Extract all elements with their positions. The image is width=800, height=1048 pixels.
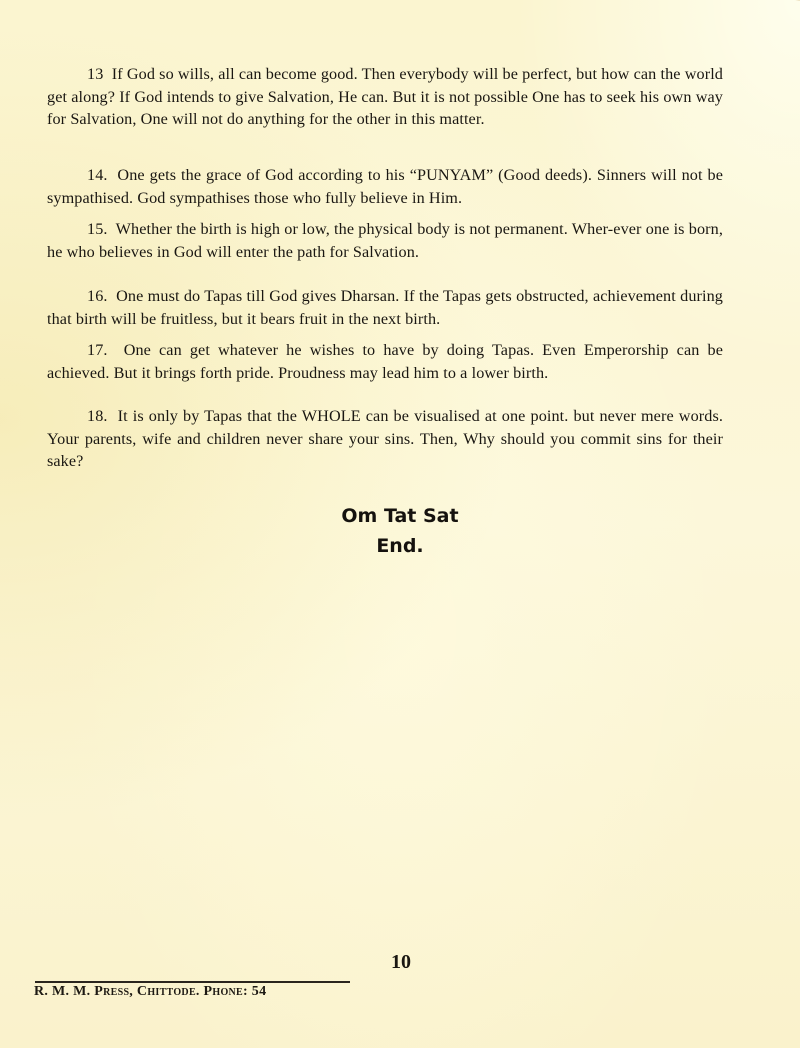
paragraph-item-16: 16. One must do Tapas till God gives Dha… <box>47 285 723 330</box>
item-number: 16. <box>87 287 108 305</box>
item-text: One can get whatever he wishes to have b… <box>47 341 723 382</box>
closing-invocation: Om Tat Sat <box>0 505 800 527</box>
item-number: 17. <box>87 341 108 359</box>
paragraph-item-15: 15. Whether the birth is high or low, th… <box>47 218 723 263</box>
page-number: 10 <box>391 951 411 974</box>
paragraph-item-18: 18. It is only by Tapas that the WHOLE c… <box>47 405 723 473</box>
item-text: One must do Tapas till God gives Dharsan… <box>47 287 723 328</box>
item-number: 15. <box>87 220 108 238</box>
imprint-divider <box>35 981 350 983</box>
printer-imprint: R. M. M. Press, Chittode. Phone: 54 <box>34 984 266 1000</box>
item-number: 13 <box>87 65 103 83</box>
item-text: It is only by Tapas that the WHOLE can b… <box>47 407 723 470</box>
paper-crease <box>676 0 800 30</box>
item-number: 18. <box>87 407 108 425</box>
paragraph-item-13: 13 If God so wills, all can become good.… <box>47 63 723 131</box>
paragraph-item-17: 17. One can get whatever he wishes to ha… <box>47 339 723 384</box>
closing-end: End. <box>0 535 800 557</box>
item-text: If God so wills, all can become good. Th… <box>47 65 723 128</box>
item-number: 14. <box>87 166 108 184</box>
document-page: 13 If God so wills, all can become good.… <box>0 0 800 1048</box>
paragraph-item-14: 14. One gets the grace of God according … <box>47 164 723 209</box>
item-text: One gets the grace of God according to h… <box>47 166 723 207</box>
item-text: Whether the birth is high or low, the ph… <box>47 220 723 261</box>
